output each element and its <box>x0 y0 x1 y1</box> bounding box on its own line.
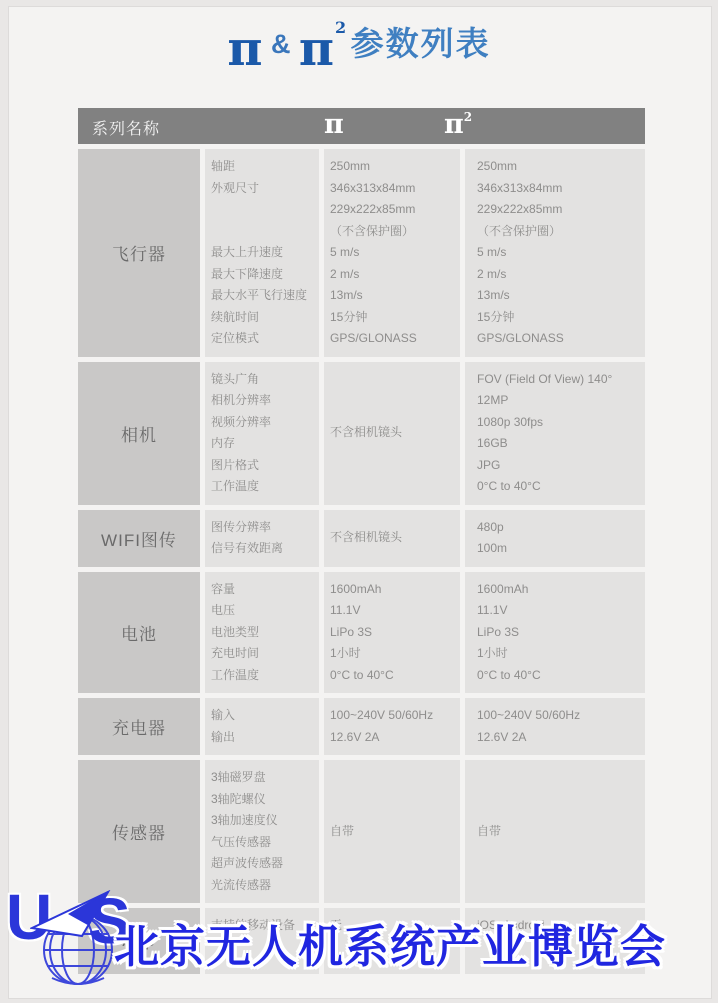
param-label: 电池类型 <box>211 622 317 644</box>
spec-section-app: App支持的移动设备无iOS, Android <box>78 908 645 974</box>
pi2-value: 5 m/s <box>477 242 643 264</box>
pi2-value: 13m/s <box>477 285 643 307</box>
param-label: 光流传感器 <box>211 875 317 897</box>
spec-section-sensors: 传感器3轴磁罗盘3轴陀螺仪3轴加速度仪气压传感器超声波传感器光流传感器自带自带 <box>78 760 645 903</box>
pi2-value: 2 m/s <box>477 264 643 286</box>
pi-value: LiPo 3S <box>330 622 458 644</box>
param-label: 图传分辨率 <box>211 517 317 539</box>
pi2-value: iOS, Android <box>477 915 643 937</box>
param-label: 镜头广角 <box>211 369 317 391</box>
param-label: 电压 <box>211 600 317 622</box>
param-label: 最大水平飞行速度 <box>211 285 317 307</box>
page: { "title": { "pi": "π", "ampersand": "&"… <box>0 0 718 1003</box>
pi-value: 无 <box>330 915 458 937</box>
param-label: 视频分辨率 <box>211 412 317 434</box>
pi-value: 346x313x84mm <box>330 178 458 200</box>
pi-value-column: 250mm346x313x84mm229x222x85mm（不含保护圈）5 m/… <box>324 149 460 357</box>
pi2-value: 480p <box>477 517 643 539</box>
param-column: 支持的移动设备 <box>205 908 319 974</box>
pi2-value: FOV (Field Of View) 140° <box>477 369 643 391</box>
pi2-value: 11.1V <box>477 600 643 622</box>
pi-value-column: 不含相机镜头 <box>324 510 460 567</box>
category-cell: App <box>78 908 200 974</box>
param-label: 工作温度 <box>211 665 317 687</box>
pi2-value: JPG <box>477 455 643 477</box>
header-series-label: 系列名称 <box>92 116 160 139</box>
param-column: 输入输出 <box>205 698 319 755</box>
pi2-value: 100~240V 50/60Hz <box>477 705 643 727</box>
param-label: 轴距 <box>211 156 317 178</box>
param-column: 镜头广角相机分辨率视频分辨率内存图片格式工作温度 <box>205 362 319 505</box>
spec-section-aircraft: 飞行器轴距外观尺寸 最大上升速度最大下降速度最大水平飞行速度续航时间定位模式25… <box>78 149 645 357</box>
param-label: 输入 <box>211 705 317 727</box>
pi2-value-column: 480p100m <box>465 510 645 567</box>
pi-value: 13m/s <box>330 285 458 307</box>
param-label: 相机分辨率 <box>211 390 317 412</box>
header-pi-label: π <box>324 109 344 140</box>
param-label: 支持的移动设备 <box>211 915 317 937</box>
pi-value: 250mm <box>330 156 458 178</box>
pi-value: 15分钟 <box>330 307 458 329</box>
pi2-value: 15分钟 <box>477 307 643 329</box>
pi-value: 12.6V 2A <box>330 727 458 749</box>
category-cell: 传感器 <box>78 760 200 903</box>
spec-section-wifi-transmission: WIFI图传图传分辨率信号有效距离不含相机镜头480p100m <box>78 510 645 567</box>
param-label: 3轴磁罗盘 <box>211 767 317 789</box>
pi-value: 不含相机镜头 <box>330 422 458 444</box>
pi-value: 11.1V <box>330 600 458 622</box>
param-label: 工作温度 <box>211 476 317 498</box>
pi-value: 100~240V 50/60Hz <box>330 705 458 727</box>
pi-value: （不含保护圈） <box>330 221 458 243</box>
param-label: 最大下降速度 <box>211 264 317 286</box>
pi2-value-column: 100~240V 50/60Hz12.6V 2A <box>465 698 645 755</box>
title-ampersand: & <box>267 29 295 59</box>
spec-section-charger: 充电器输入输出100~240V 50/60Hz12.6V 2A100~240V … <box>78 698 645 755</box>
pi2-value: 1080p 30fps <box>477 412 643 434</box>
param-column: 轴距外观尺寸 最大上升速度最大下降速度最大水平飞行速度续航时间定位模式 <box>205 149 319 357</box>
pi-value-column: 无 <box>324 908 460 974</box>
pi2-value: 自带 <box>477 821 643 843</box>
title-pi2-symbol: π <box>299 21 334 77</box>
spec-section-camera: 相机镜头广角相机分辨率视频分辨率内存图片格式工作温度不含相机镜头FOV (Fie… <box>78 362 645 505</box>
spec-section-battery: 电池容量电压电池类型充电时间工作温度1600mAh11.1VLiPo 3S1小时… <box>78 572 645 694</box>
pi-value: 1小时 <box>330 643 458 665</box>
param-label <box>211 199 317 221</box>
param-label: 信号有效距离 <box>211 538 317 560</box>
table-header: 系列名称 π π2 <box>78 108 645 144</box>
param-column: 3轴磁罗盘3轴陀螺仪3轴加速度仪气压传感器超声波传感器光流传感器 <box>205 760 319 903</box>
param-label: 容量 <box>211 579 317 601</box>
param-label: 定位模式 <box>211 328 317 350</box>
param-label: 气压传感器 <box>211 832 317 854</box>
param-label: 外观尺寸 <box>211 178 317 200</box>
header-pi2-label: π2 <box>444 109 472 140</box>
pi2-value-column: 1600mAh11.1VLiPo 3S1小时0°C to 40°C <box>465 572 645 694</box>
param-label: 充电时间 <box>211 643 317 665</box>
pi2-value: 12.6V 2A <box>477 727 643 749</box>
param-label: 输出 <box>211 727 317 749</box>
pi2-value: 1600mAh <box>477 579 643 601</box>
pi-value-column: 1600mAh11.1VLiPo 3S1小时0°C to 40°C <box>324 572 460 694</box>
pi2-value: 346x313x84mm <box>477 178 643 200</box>
pi2-value: LiPo 3S <box>477 622 643 644</box>
pi-value: 自带 <box>330 821 458 843</box>
pi2-value-column: 自带 <box>465 760 645 903</box>
pi-value-column: 100~240V 50/60Hz12.6V 2A <box>324 698 460 755</box>
title-pi-symbol: π <box>227 21 262 77</box>
pi-value: 229x222x85mm <box>330 199 458 221</box>
category-cell: 充电器 <box>78 698 200 755</box>
param-label: 续航时间 <box>211 307 317 329</box>
pi2-value: 100m <box>477 538 643 560</box>
pi2-value: GPS/GLONASS <box>477 328 643 350</box>
pi-value: 不含相机镜头 <box>330 527 458 549</box>
pi-value-column: 自带 <box>324 760 460 903</box>
spec-table: 系列名称 π π2 飞行器轴距外观尺寸 最大上升速度最大下降速度最大水平飞行速度… <box>78 108 645 974</box>
pi2-value: （不含保护圈） <box>477 221 643 243</box>
category-cell: 相机 <box>78 362 200 505</box>
title-pi2-sup: 2 <box>335 18 346 37</box>
param-column: 容量电压电池类型充电时间工作温度 <box>205 572 319 694</box>
pi2-value-column: iOS, Android <box>465 908 645 974</box>
pi2-value: 250mm <box>477 156 643 178</box>
category-cell: WIFI图传 <box>78 510 200 567</box>
param-label <box>211 221 317 243</box>
pi2-value: 0°C to 40°C <box>477 665 643 687</box>
header-pi2-sup: 2 <box>464 110 472 124</box>
param-label: 3轴加速度仪 <box>211 810 317 832</box>
param-column: 图传分辨率信号有效距离 <box>205 510 319 567</box>
param-label: 图片格式 <box>211 455 317 477</box>
pi2-value: 0°C to 40°C <box>477 476 643 498</box>
param-label: 最大上升速度 <box>211 242 317 264</box>
pi2-value: 16GB <box>477 433 643 455</box>
pi2-value: 12MP <box>477 390 643 412</box>
spec-sections: 飞行器轴距外观尺寸 最大上升速度最大下降速度最大水平飞行速度续航时间定位模式25… <box>78 149 645 974</box>
pi2-value-column: FOV (Field Of View) 140°12MP1080p 30fps1… <box>465 362 645 505</box>
param-label: 内存 <box>211 433 317 455</box>
pi2-value: 1小时 <box>477 643 643 665</box>
pi-value: 1600mAh <box>330 579 458 601</box>
pi-value: GPS/GLONASS <box>330 328 458 350</box>
pi2-value-column: 250mm346x313x84mm229x222x85mm（不含保护圈）5 m/… <box>465 149 645 357</box>
title-suffix: 参数列表 <box>351 25 491 62</box>
category-cell: 电池 <box>78 572 200 694</box>
param-label: 超声波传感器 <box>211 853 317 875</box>
pi2-value: 229x222x85mm <box>477 199 643 221</box>
page-title: π & π2 参数列表 <box>0 18 718 88</box>
pi-value-column: 不含相机镜头 <box>324 362 460 505</box>
category-cell: 飞行器 <box>78 149 200 357</box>
param-label: 3轴陀螺仪 <box>211 789 317 811</box>
pi-value: 2 m/s <box>330 264 458 286</box>
pi-value: 5 m/s <box>330 242 458 264</box>
pi-value: 0°C to 40°C <box>330 665 458 687</box>
